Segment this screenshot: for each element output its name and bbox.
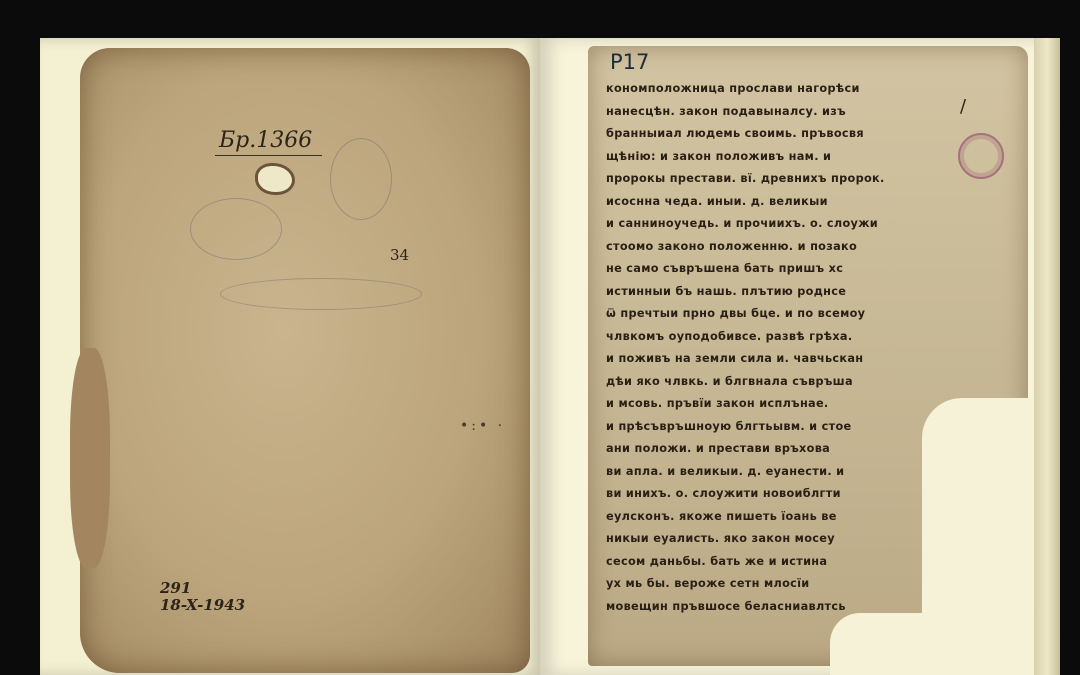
text-line: ви инихъ. о. слоужити новоиблгти <box>606 483 956 506</box>
text-line: и прѣсъвръшноую блгтьывм. и стое <box>606 416 956 439</box>
pencil-scribble <box>330 138 392 220</box>
open-manuscript: 34 •:• · Бр.1366 291 18-X-1943 P17 / кон… <box>40 38 1060 675</box>
ink-blots: •:• · <box>460 418 505 434</box>
text-line: еулсконъ. якоже пишеть їоань ве <box>606 506 956 529</box>
text-line: бранныиал людемь своимь. пръвосвя <box>606 123 956 146</box>
text-line: ани положи. и престави връхова <box>606 438 956 461</box>
pencil-scribble <box>220 278 422 310</box>
text-line: кономположница прослави нагорѣси <box>606 78 956 101</box>
text-line: щѣнію: и закон положивъ нам. и <box>606 146 956 169</box>
shelfmark: Бр.1366 <box>215 128 322 156</box>
text-line: стоомо законо положенню. и позако <box>606 236 956 259</box>
pencil-scribble <box>190 198 282 260</box>
text-line: сесом даньбы. бать же и истина <box>606 551 956 574</box>
text-line: истинныи бъ нашь. плътию роднсе <box>606 281 956 304</box>
text-line: и мсовь. пръвїи закон исплънае. <box>606 393 956 416</box>
right-page: P17 / кономположница прослави нагорѣси н… <box>540 38 1060 675</box>
text-line: и поживъ на земли сила и. чавчьскан <box>606 348 956 371</box>
text-line: мовещин пръвшосе беласниавлтсь <box>606 596 956 619</box>
pencil-number: 34 <box>390 246 409 264</box>
text-line: и санниноучедь. и прочиихъ. о. слоужи <box>606 213 956 236</box>
text-line: ух мь бы. вероже сетн млосїи <box>606 573 956 596</box>
text-line: пророкы престави. вї. древнихъ пророк. <box>606 168 956 191</box>
archive-note: 291 18-X-1943 <box>160 580 245 614</box>
text-line: ѿ пречтыи прно двы бце. и по всемоу <box>606 303 956 326</box>
page-edge <box>1034 38 1060 675</box>
text-line: члвкомъ оуподобивсе. развѣ грѣха. <box>606 326 956 349</box>
parchment-hole <box>258 166 292 192</box>
text-line: нанесцѣн. закон подавыналсу. изъ <box>606 101 956 124</box>
text-line: ви апла. и великыи. д. еуанести. и <box>606 461 956 484</box>
library-stamp <box>958 133 1004 179</box>
text-line: дѣи яко члвкь. и блгвнала съвръша <box>606 371 956 394</box>
damaged-area <box>830 613 1040 675</box>
text-line: исоснна чеда. иныи. д. великыи <box>606 191 956 214</box>
margin-mark: / <box>960 96 966 117</box>
manuscript-text: кономположница прослави нагорѣси нанесцѣ… <box>606 78 956 618</box>
left-page: 34 •:• · Бр.1366 291 18-X-1943 <box>40 38 540 675</box>
text-line: не само съвръшена бать пришъ хс <box>606 258 956 281</box>
text-line: никыи еуалисть. яко закон мосеу <box>606 528 956 551</box>
folio-number: P17 <box>610 50 649 74</box>
